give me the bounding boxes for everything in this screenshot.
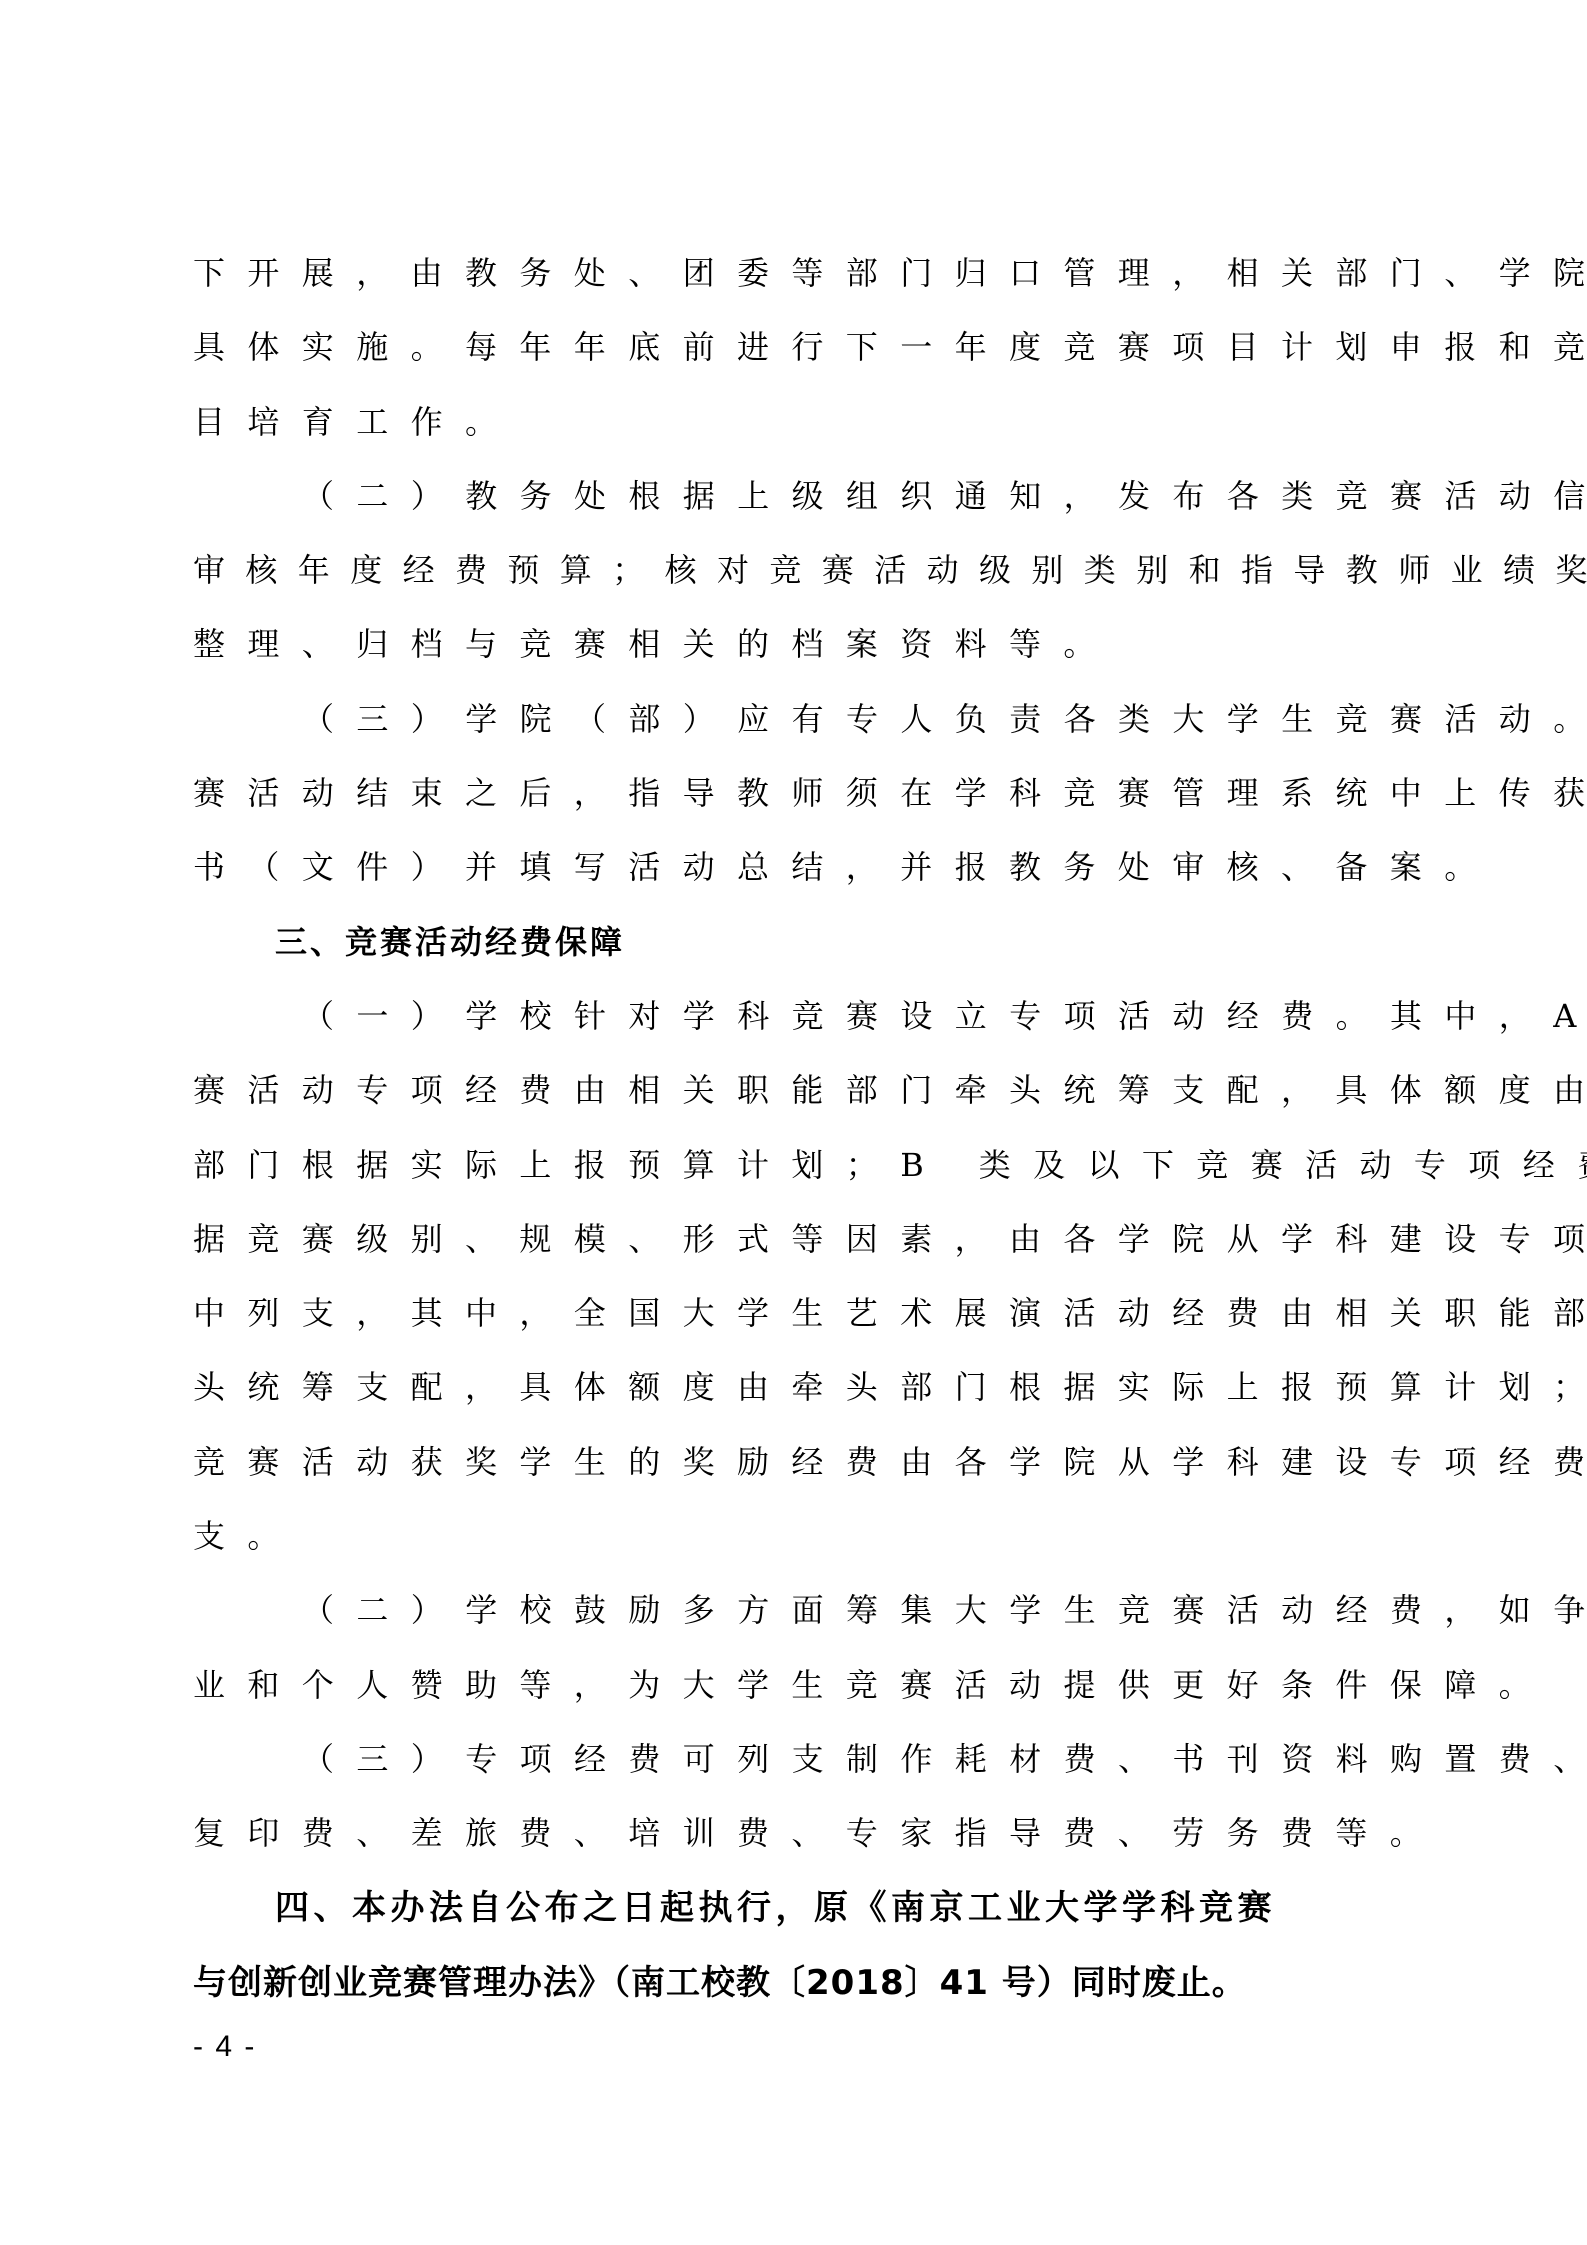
paragraph-line: （三）学院（部）应有专人负责各类大学生竞赛活动。在竞	[193, 682, 1403, 756]
paragraph-line: （一）学校针对学科竞赛设立专项活动经费。其中，A 类竞	[193, 979, 1403, 1053]
page-number: - 4 -	[193, 2030, 256, 2064]
paragraph-line: 赛活动结束之后，指导教师须在学科竞赛管理系统中上传获奖证	[193, 756, 1403, 830]
paragraph-line: 头统筹支配，具体额度由牵头部门根据实际上报预算计划；B 类	[193, 1350, 1403, 1424]
paragraph-line: 复印费、差旅费、培训费、专家指导费、劳务费等。	[193, 1796, 1403, 1870]
paragraph-line: 赛活动专项经费由相关职能部门牵头统筹支配，具体额度由牵头	[193, 1053, 1403, 1127]
paragraph-line: 支。	[193, 1499, 1403, 1573]
paragraph-line: （二）学校鼓励多方面筹集大学生竞赛活动经费，如争取企	[193, 1573, 1403, 1647]
paragraph-line: 业和个人赞助等，为大学生竞赛活动提供更好条件保障。	[193, 1648, 1403, 1722]
section-heading: 三、竞赛活动经费保障	[193, 905, 1403, 979]
paragraph-line: 目培育工作。	[193, 385, 1403, 459]
paragraph-line: 部门根据实际上报预算计划；B 类及以下竞赛活动专项经费，根	[193, 1128, 1403, 1202]
final-clause-line: 四、本办法自公布之日起执行，原《南京工业大学学科竞赛	[193, 1871, 1403, 1946]
paragraph-line: 整理、归档与竞赛相关的档案资料等。	[193, 607, 1403, 681]
final-clause-line: 与创新创业竞赛管理办法》（南工校教〔2018〕41 号）同时废止。	[193, 1946, 1403, 2021]
paragraph-line: 据竞赛级别、规模、形式等因素，由各学院从学科建设专项经费	[193, 1202, 1403, 1276]
document-page: 下开展，由教务处、团委等部门归口管理，相关部门、学院负责 具体实施。每年年底前进…	[193, 236, 1403, 2021]
paragraph-line: 审核年度经费预算；核对竞赛活动级别类别和指导教师业绩奖励；	[193, 533, 1403, 607]
paragraph-line: 中列支，其中，全国大学生艺术展演活动经费由相关职能部门牵	[193, 1276, 1403, 1350]
paragraph-line: （三）专项经费可列支制作耗材费、书刊资料购置费、印刷	[193, 1722, 1403, 1796]
paragraph-line: （二）教务处根据上级组织通知，发布各类竞赛活动信息，	[193, 459, 1403, 533]
paragraph-line: 具体实施。每年年底前进行下一年度竞赛项目计划申报和竞赛项	[193, 310, 1403, 384]
paragraph-line: 竞赛活动获奖学生的奖励经费由各学院从学科建设专项经费中列	[193, 1425, 1403, 1499]
paragraph-line: 下开展，由教务处、团委等部门归口管理，相关部门、学院负责	[193, 236, 1403, 310]
paragraph-line: 书（文件）并填写活动总结，并报教务处审核、备案。	[193, 830, 1403, 904]
